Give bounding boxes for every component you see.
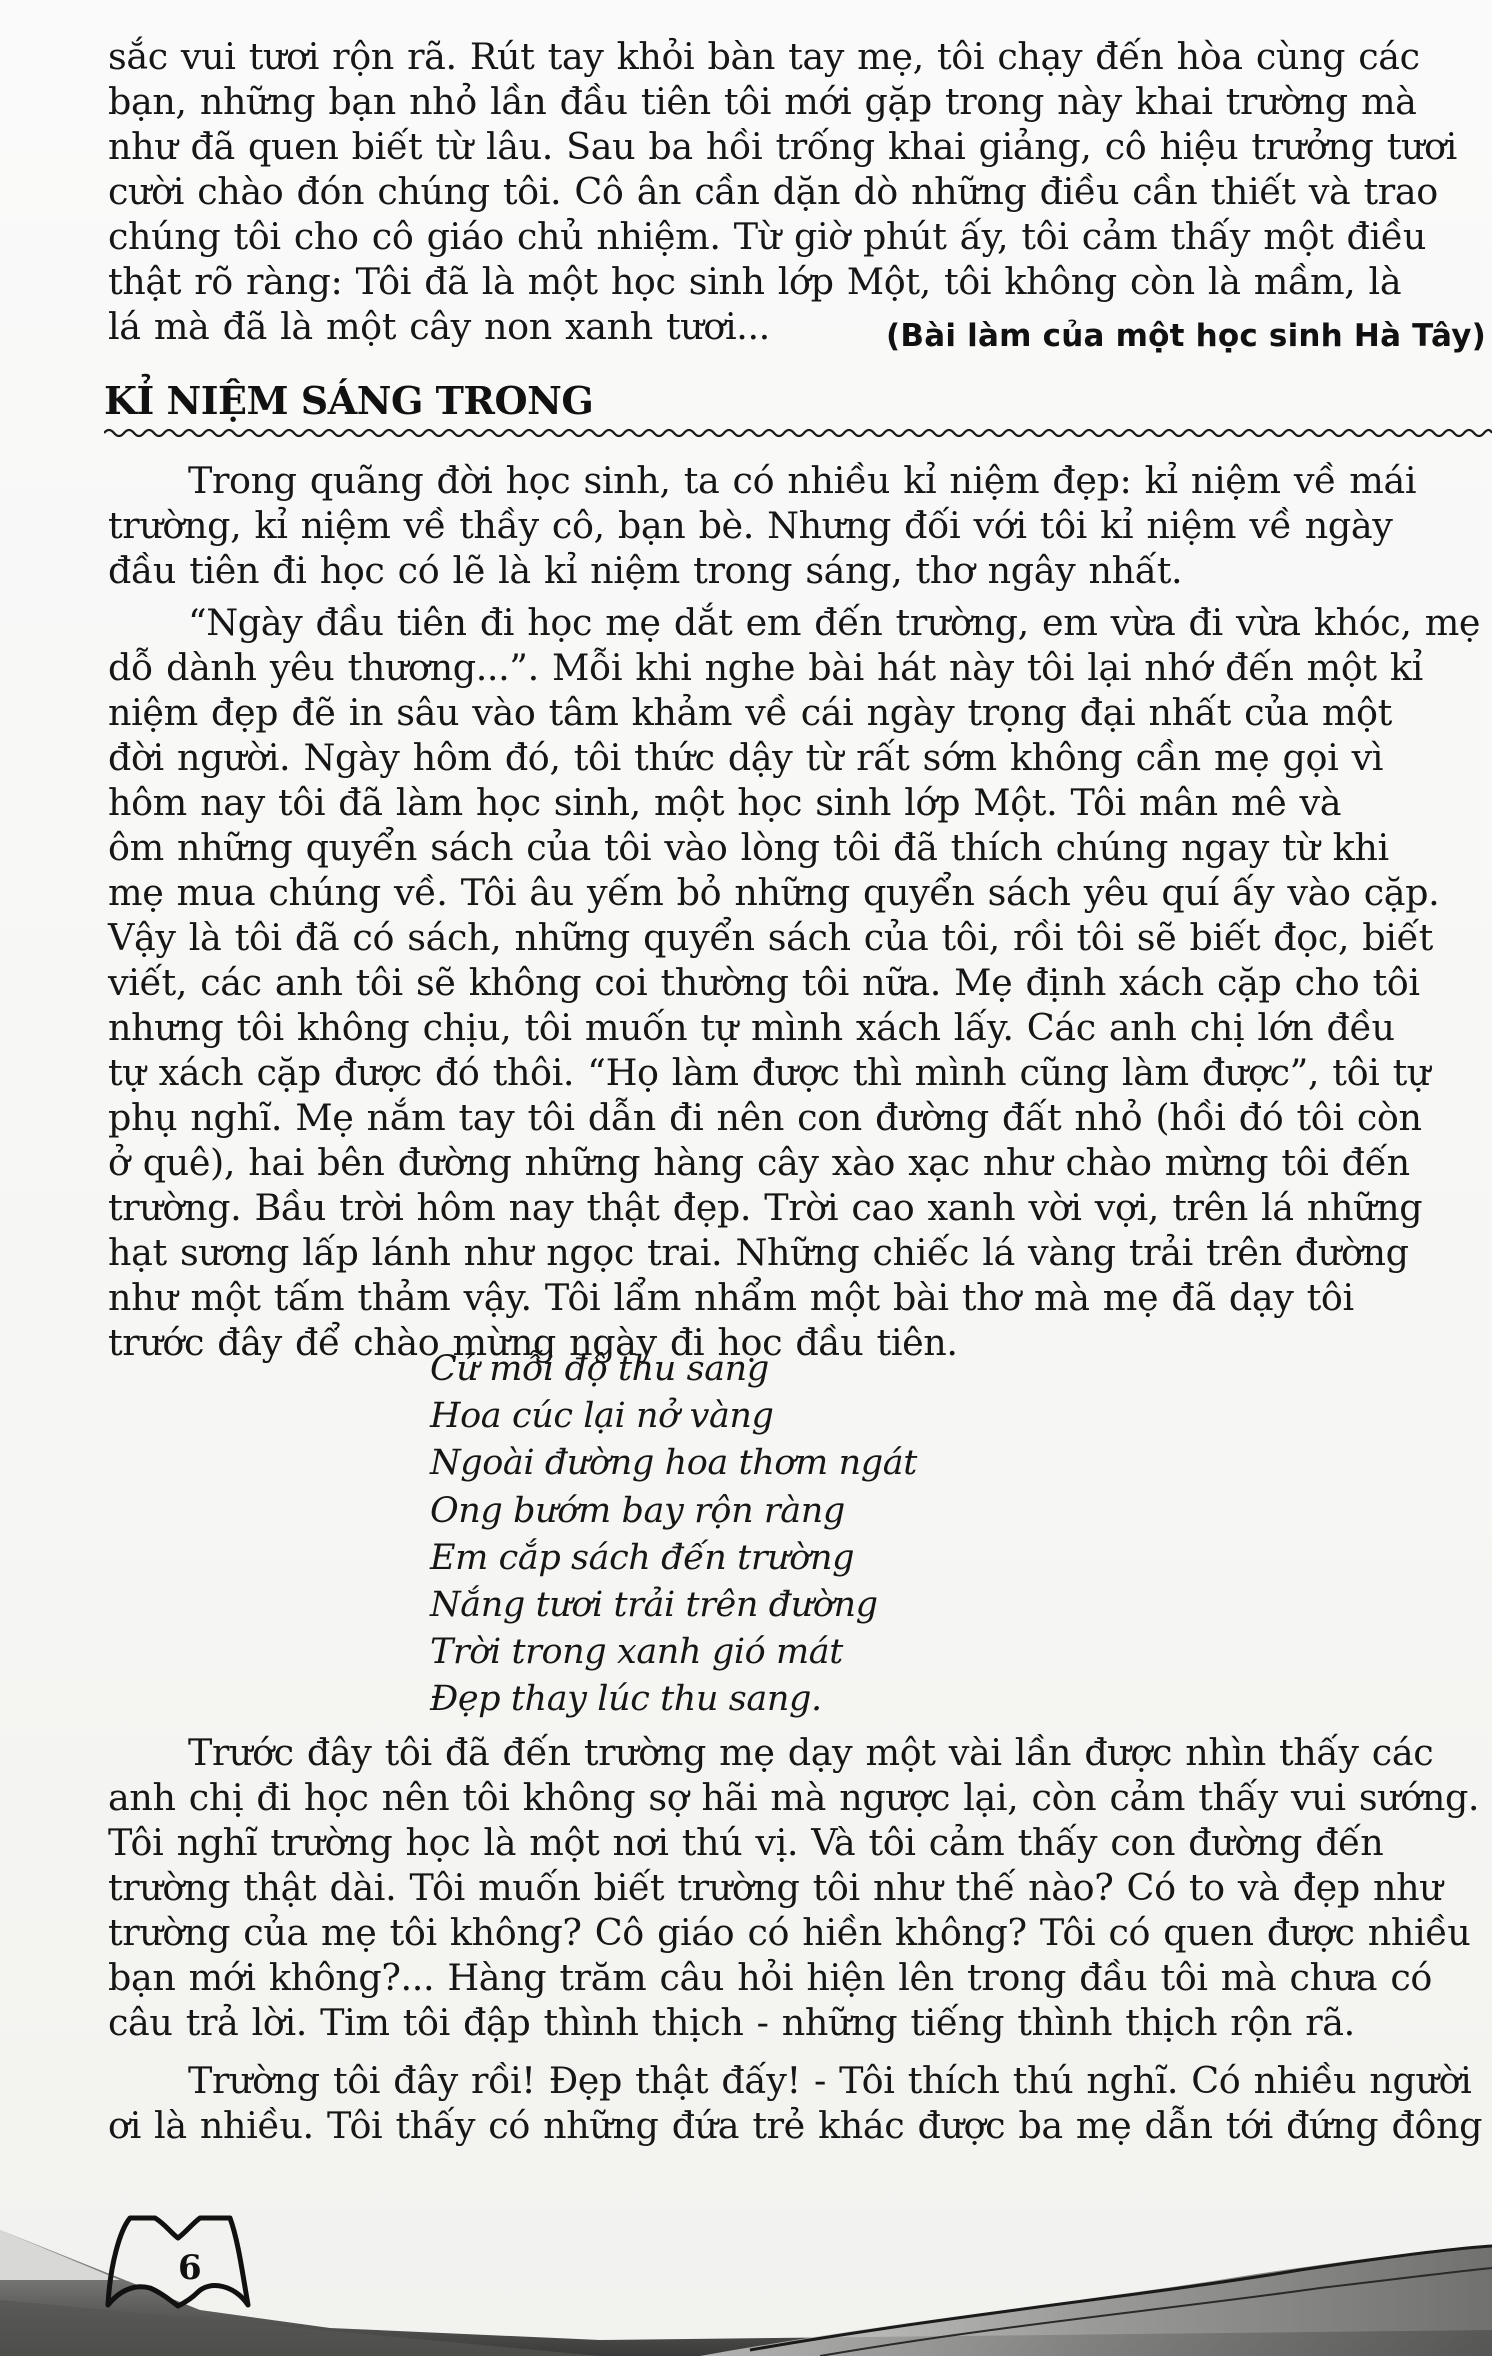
text-line: ơi là nhiều. Tôi thấy có những đứa trẻ k…	[108, 2103, 1492, 2148]
text-line: câu trả lời. Tim tôi đập thình thịch - n…	[108, 2000, 1492, 2045]
text-line: ở quê), hai bên đường những hàng cây xào…	[108, 1140, 1492, 1185]
text-line: Trường tôi đây rồi! Đẹp thật đấy! - Tôi …	[108, 2058, 1492, 2103]
paragraph-3: Trước đây tôi đã đến trường mẹ dạy một v…	[108, 1730, 1492, 2045]
text-line: Trước đây tôi đã đến trường mẹ dạy một v…	[108, 1730, 1492, 1775]
text-line: hạt sương lấp lánh như ngọc trai. Những …	[108, 1230, 1492, 1275]
text-line: niệm đẹp đẽ in sâu vào tâm khảm về cái n…	[108, 690, 1492, 735]
text-line: Trong quãng đời học sinh, ta có nhiều kỉ…	[108, 458, 1492, 503]
text-line: nhưng tôi không chịu, tôi muốn tự mình x…	[108, 1005, 1492, 1050]
text-line: trường. Bầu trời hôm nay thật đẹp. Trời …	[108, 1185, 1492, 1230]
previous-essay-text: sắc vui tươi rộn rã. Rút tay khỏi bàn ta…	[108, 34, 1492, 349]
section-title: KỈ NIỆM SÁNG TRONG	[104, 378, 593, 423]
text-line: đời người. Ngày hôm đó, tôi thức dậy từ …	[108, 735, 1492, 780]
text-line: Tôi nghĩ trường học là một nơi thú vị. V…	[108, 1820, 1492, 1865]
text-line: Vậy là tôi đã có sách, những quyển sách …	[108, 915, 1492, 960]
text-line: chúng tôi cho cô giáo chủ nhiệm. Từ giờ …	[108, 214, 1492, 259]
text-line: đầu tiên đi học có lẽ là kỉ niệm trong s…	[108, 548, 1492, 593]
poem-verse: Em cắp sách đến trường	[430, 1535, 917, 1582]
text-line: dỗ dành yêu thương...”. Mỗi khi nghe bài…	[108, 645, 1492, 690]
text-line: trường thật dài. Tôi muốn biết trường tô…	[108, 1865, 1492, 1910]
text-line: tự xách cặp được đó thôi. “Họ làm được t…	[108, 1050, 1492, 1095]
text-line: trường của mẹ tôi không? Cô giáo có hiền…	[108, 1910, 1492, 1955]
poem: Cứ mỗi độ thu sang Hoa cúc lại nở vàng N…	[430, 1346, 917, 1724]
text-line: ôm những quyển sách của tôi vào lòng tôi…	[108, 825, 1492, 870]
text-line: hôm nay tôi đã làm học sinh, một học sin…	[108, 780, 1492, 825]
poem-verse: Ngoài đường hoa thơm ngát	[430, 1440, 917, 1487]
poem-verse: Hoa cúc lại nở vàng	[430, 1393, 917, 1440]
text-line: như một tấm thảm vậy. Tôi lẩm nhẩm một b…	[108, 1275, 1492, 1320]
text-line: mẹ mua chúng về. Tôi âu yếm bỏ những quy…	[108, 870, 1492, 915]
wavy-underline-divider	[104, 426, 1492, 440]
text-line: bạn mới không?... Hàng trăm câu hỏi hiện…	[108, 1955, 1492, 2000]
poem-verse: Trời trong xanh gió mát	[430, 1629, 917, 1676]
text-line: bạn, những bạn nhỏ lần đầu tiên tôi mới …	[108, 79, 1492, 124]
text-line: “Ngày đầu tiên đi học mẹ dắt em đến trườ…	[108, 600, 1492, 645]
text-line: như đã quen biết từ lâu. Sau ba hồi trốn…	[108, 124, 1492, 169]
paragraph-2: “Ngày đầu tiên đi học mẹ dắt em đến trườ…	[108, 600, 1492, 1365]
poem-verse: Cứ mỗi độ thu sang	[430, 1346, 917, 1393]
page-number: 6	[178, 2248, 202, 2288]
text-line: phụ nghĩ. Mẹ nắm tay tôi dẫn đi nên con …	[108, 1095, 1492, 1140]
essay-attribution: (Bài làm của một học sinh Hà Tây)	[886, 318, 1486, 354]
book-page: sắc vui tươi rộn rã. Rút tay khỏi bàn ta…	[0, 0, 1492, 2356]
poem-verse: Nắng tươi trải trên đường	[430, 1582, 917, 1629]
paragraph-4: Trường tôi đây rồi! Đẹp thật đấy! - Tôi …	[108, 2058, 1492, 2148]
paragraph-1: Trong quãng đời học sinh, ta có nhiều kỉ…	[108, 458, 1492, 593]
text-line: anh chị đi học nên tôi không sợ hãi mà n…	[108, 1775, 1492, 1820]
text-line: viết, các anh tôi sẽ không coi thường tô…	[108, 960, 1492, 1005]
text-line: trường, kỉ niệm về thầy cô, bạn bè. Nhưn…	[108, 503, 1492, 548]
poem-verse: Ong bướm bay rộn ràng	[430, 1488, 917, 1535]
text-line: cười chào đón chúng tôi. Cô ân cần dặn d…	[108, 169, 1492, 214]
text-line: sắc vui tươi rộn rã. Rút tay khỏi bàn ta…	[108, 34, 1492, 79]
poem-verse: Đẹp thay lúc thu sang.	[430, 1676, 917, 1723]
text-line: thật rõ ràng: Tôi đã là một học sinh lớp…	[108, 259, 1492, 304]
